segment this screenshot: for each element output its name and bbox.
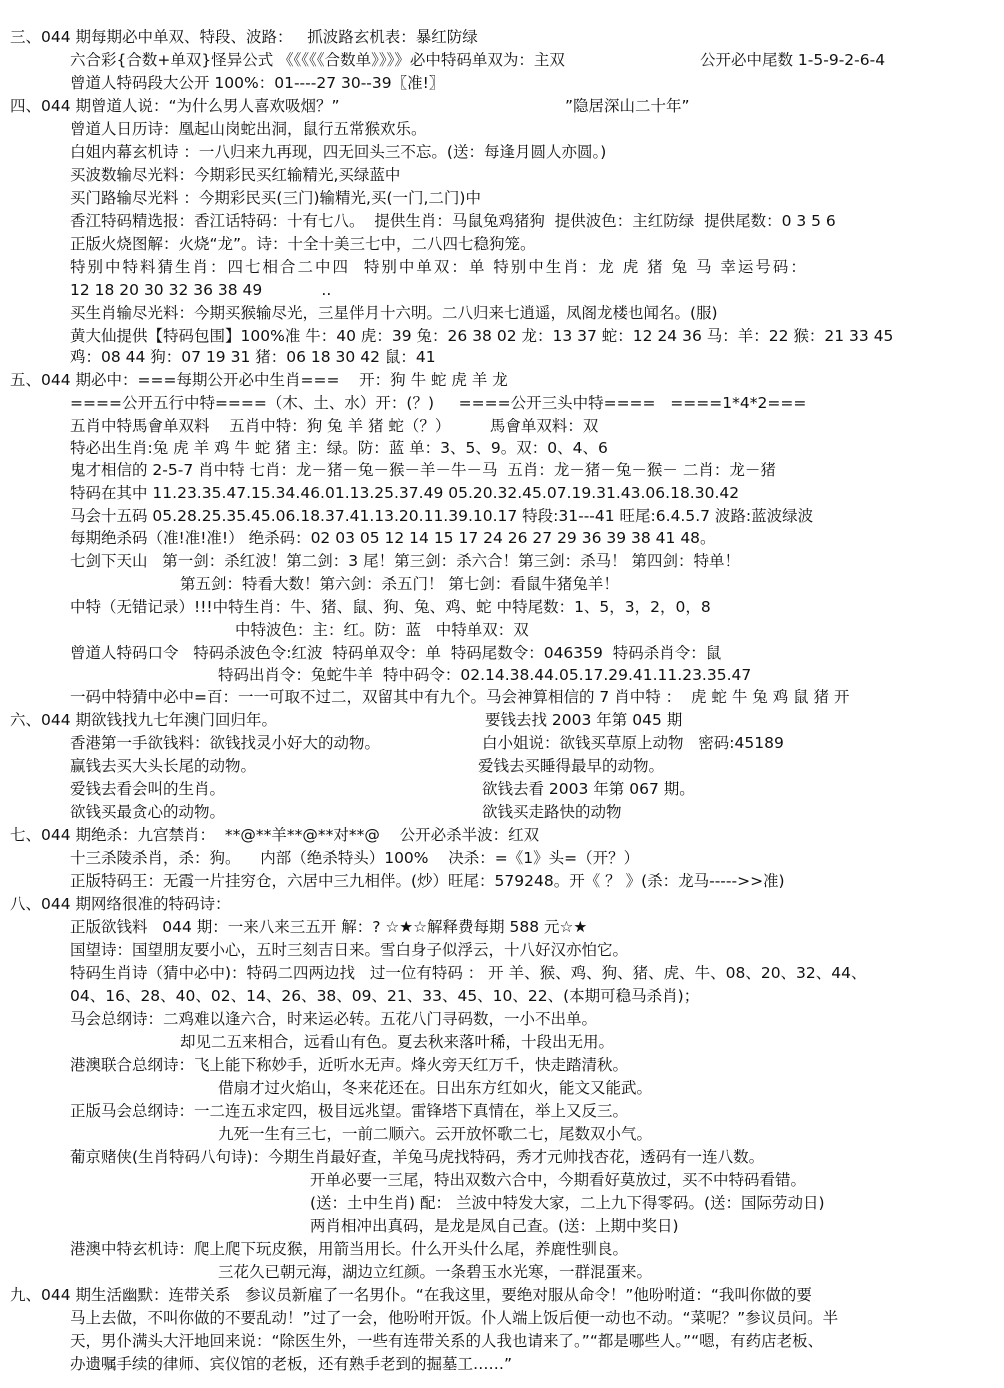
text-line: 赢钱去买大头长尾的动物。 xyxy=(70,756,256,776)
text-line: 曾道人日历诗：凰起山岗蛇出洞，鼠行五常猴欢乐。 xyxy=(70,119,427,139)
section-heading: 五、044 期必中：===每期公开必中生肖=== 开：狗 牛 蛇 虎 羊 龙 xyxy=(10,370,508,390)
text-line: 正版火烧图解：火烧“龙”。诗：十全十美三七中，二八四七稳狗笼。 xyxy=(70,234,536,254)
text-line: 港澳中特玄机诗：爬上爬下玩皮猴，用箭当用长。什么开头什么尾，养鹿性驯良。 xyxy=(70,1239,628,1259)
text-line: 马会十五码 05.28.25.35.45.06.18.37.41.13.20.1… xyxy=(70,506,813,526)
section-heading: 六、044 期欲钱找九七年澳门回归年。 xyxy=(10,710,277,730)
text-line: 一码中特猜中必中=百：一一可取不过二，双留其中有九个。马会神算相信的 7 肖中特… xyxy=(70,687,849,707)
text-line: 借扇才过火焰山，冬来花还在。日出东方红如火，能文又能武。 xyxy=(218,1078,652,1098)
text-line: 港澳联合总纲诗：飞上能下称妙手，近听水无声。烽火旁天红万千，快走踏清秋。 xyxy=(70,1055,628,1075)
text-line: 特码生肖诗（猜中必中)：特码二四两边找 过一位有特码 ： 开 羊、猴、鸡、狗、猪… xyxy=(70,963,867,983)
text-line: (送：土中生肖) 配： 兰波中特发大家，二上九下得零码。(送：国际劳动日) xyxy=(310,1193,825,1213)
text-line: 九死一生有三七，一前二顺六。云开放怀歌二七，尾数双小气。 xyxy=(218,1124,652,1144)
section-heading: 七、044 期绝杀：九宫禁肖： **@**羊**@**对**@ 公开必杀半波：红… xyxy=(10,825,539,845)
text-line: 曾道人特码段大公开 100%：01----27 30--39〖准!〗 xyxy=(70,73,444,93)
text-line: 六合彩{合数+单双}怪异公式 《《《《《合数单》》》》必中特码单双为：主双 xyxy=(70,50,565,70)
text-line: 香江特码精选报：香江话特码：十有七八。 提供生肖：马鼠兔鸡猪狗 提供波色：主红防… xyxy=(70,211,836,231)
text-line: 欲钱去看 2003 年第 067 期。 xyxy=(482,779,695,799)
text-line: 国望诗：国望朋友要小心，五时三刻吉日来。雪白身子似浮云，十八好汉亦怕它。 xyxy=(70,940,628,960)
text-line: 马会总纲诗：二鸡难以逢六合，时来运必转。五花八门寻码数，一小不出单。 xyxy=(70,1009,597,1029)
text-line: 正版马会总纲诗：一二连五求定四，极目远兆望。雷锋塔下真情在，举上又反三。 xyxy=(70,1101,628,1121)
text-line: 买生肖输尽光料：今期买猴输尽光，三星伴月十六明。二八归来七逍遥，凤阁龙楼也闻名。… xyxy=(70,303,718,323)
text-line: 欲钱买走路快的动物 xyxy=(482,802,622,822)
text-line: 第五剑：特看大数！第六剑：杀五门！ 第七剑：看鼠牛猪兔羊！ xyxy=(180,574,619,594)
text-line: 公开必中尾数 1-5-9-2-6-4 xyxy=(700,50,885,70)
text-line: 要钱去找 2003 年第 045 期 xyxy=(485,710,682,730)
text-line: 办遗嘱手续的律师、宾仪馆的老板，还有熟手老到的掘墓工……” xyxy=(70,1354,512,1374)
text-line: 天，男仆满头大汗地回来说：“除医生外，一些有连带关系的人我也请来了。”“都是哪些… xyxy=(70,1331,823,1351)
text-line: 七剑下天山 第一剑：杀红波！第二剑：3 尾！第三剑：杀六合！第三剑：杀马！ 第四… xyxy=(70,551,740,571)
text-line: 开单必要一三尾，特出双数六合中，今期看好莫放过，买不中特码看错。 xyxy=(310,1170,806,1190)
text-line: 中特波色：主：红。防：蓝 中特单双：双 xyxy=(235,620,529,640)
text-line: 两肖相冲出真码，是龙是凤自己查。(送：上期中奖日) xyxy=(310,1216,679,1236)
text-line: 白姐内幕玄机诗 ：一八归来九再现，四无回头三不忘。(送：每逢月圆人亦圆。) xyxy=(70,142,606,162)
text-line: ====公开五行中特====（木、土、水）开：(？) ====公开三头中特===… xyxy=(70,393,806,413)
text-line: 白小姐说：欲钱买草原上动物 密码:45189 xyxy=(482,733,784,753)
text-line: 三花久已朝元海，湖边立红颜。一条碧玉水光寒，一群混蛋来。 xyxy=(218,1262,652,1282)
text-line: 特码出肖令：兔蛇牛羊 特中码令：02.14.38.44.05.17.29.41.… xyxy=(218,665,751,685)
section-heading: 八、044 期网络很准的特码诗： xyxy=(10,894,231,914)
section-heading: 三、044 期每期必中单双、特段、波路： 抓波路玄机表：暴红防绿 xyxy=(10,27,478,47)
text-line: 爱钱去看会叫的生肖。 xyxy=(70,779,225,799)
text-line: 每期绝杀码（准!准!准!） 绝杀码：02 03 05 12 14 15 17 2… xyxy=(70,528,716,548)
text-line: 中特（无错记录）!!!中特生肖：牛、猪、鼠、狗、兔、鸡、蛇 中特尾数：1、5，3… xyxy=(70,597,711,617)
text-line: 特必出生肖:兔 虎 羊 鸡 牛 蛇 猪 主：绿。防：蓝 单：3、5、9。双：0、… xyxy=(70,438,608,458)
text-line: 鬼才相信的 2-5-7 肖中特 七肖：龙－猪－兔－猴－羊－牛－马 五肖：龙－猪－… xyxy=(70,460,776,480)
text-line: 却见二五来相合，远看山有色。夏去秋来落叶稀，十段出无用。 xyxy=(180,1032,614,1052)
text-line: 爱钱去买睡得最早的动物。 xyxy=(478,756,664,776)
text-line: 特码在其中 11.23.35.47.15.34.46.01.13.25.37.4… xyxy=(70,483,739,503)
text-line: 葡京赌侠(生肖特码八句诗)：今期生肖最好查，羊兔马虎找特码，秀才元帅找杏花，透码… xyxy=(70,1147,764,1167)
text-line: ”隐居深山二十年” xyxy=(565,96,690,116)
text-line: 12 18 20 30 32 36 38 49 .. xyxy=(70,280,331,300)
text-line: 曾道人特码口令 特码杀波色令:红波 特码单双令：单 特码尾数令：046359 特… xyxy=(70,643,721,663)
text-line: 香港第一手欲钱料：欲钱找灵小好大的动物。 xyxy=(70,733,380,753)
text-line: 买门路输尽光料 ：今期彩民买(三门)输精光,买(一门,二门)中 xyxy=(70,188,481,208)
text-line: 买波数输尽光料：今期彩民买红输精光,买绿蓝中 xyxy=(70,165,400,185)
section-heading: 九、044 期生活幽默：连带关系 参议员新雇了一名男仆。“在我这里，要绝对服从命… xyxy=(10,1285,812,1305)
text-line: 正版欲钱料 044 期：一来八来三五开 解：? ☆★☆解释费每期 588 元☆★ xyxy=(70,917,587,937)
section-heading: 四、044 期曾道人说：“为什么男人喜欢吸烟？” xyxy=(10,96,340,116)
text-line: 鸡：08 44 狗：07 19 31 猪：06 18 30 42 鼠：41 xyxy=(70,347,436,367)
text-line: 04、16、28、40、02、14、26、38、09、21、33、45、10、2… xyxy=(70,986,699,1006)
text-line: 正版特码王：无霞一片挂穷仓，六居中三九相伴。(炒）旺尾：579248。开《 ？ … xyxy=(70,871,785,891)
text-line: 马上去做，不叫你做的不要乱动！”过了一会，他吩咐开饭。仆人端上饭后便一动也不动。… xyxy=(70,1308,838,1328)
text-line: 黄大仙提供【特码包围】100%准 牛：40 虎：39 兔：26 38 02 龙：… xyxy=(70,326,893,346)
text-line: 五肖中特馬會单双料 五肖中特：狗 兔 羊 猪 蛇（？） 馬會单双料：双 xyxy=(70,416,598,436)
text-line: 欲钱买最贪心的动物。 xyxy=(70,802,225,822)
text-line: 特别中特料猜生肖：四七相合二中四 特别中单双：单 特别中生肖：龙 虎 猪 兔 马… xyxy=(70,257,808,277)
text-line: 十三杀陵杀肖，杀：狗。 内部（绝杀特头）100% 决杀：=《1》头=（开？） xyxy=(70,848,639,868)
